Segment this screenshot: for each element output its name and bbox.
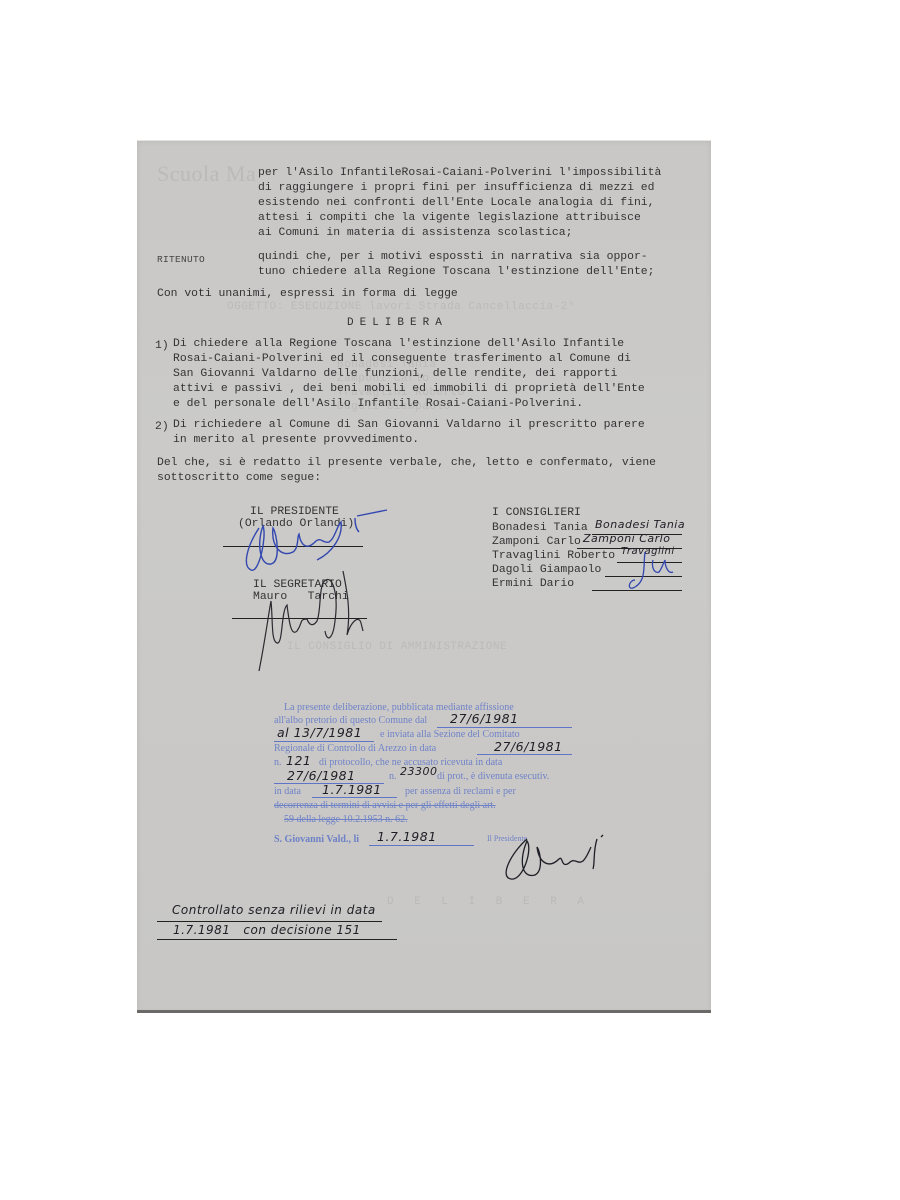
item-number: 2) [155,420,169,435]
text-line: tuno chiedere alla Regione Toscana l'est… [258,265,654,280]
ritenuto-label: RITENUTO [157,254,205,265]
text-line: San Giovanni Valdarno delle funzioni, de… [173,367,617,382]
text-line: Rosai-Caiani-Polverini ed il conseguente… [173,352,631,367]
text-line: e del personale dell'Asilo Infantile Ros… [173,397,583,412]
note-underline [157,921,382,922]
text-line: di raggiungere i propri fini per insuffi… [258,181,654,196]
stamp-line-struck: decorrenza di termini di avvisi e per gl… [274,800,496,811]
stamp-line: in data [274,786,301,797]
stamp-line-rule [369,845,474,846]
handwritten-number: 23300 [400,765,438,778]
signature-line [592,590,682,591]
bleed-through-text: OGGETTO: ESECUZIONE lavori Strada Cancel… [227,301,575,313]
councillor-name: Dagoli Giampaolo [492,563,601,578]
text-line: esistendo nei confronti dell'Ente Locale… [258,196,654,211]
councillor-signature: Zamponi Carlo [583,532,670,545]
handwritten-date: 27/6/1981 [494,739,563,754]
handwritten-date: al 13/7/1981 [277,725,362,740]
councillor-signature [625,546,685,596]
text-line: per l'Asilo InfantileRosai-Caiani-Polver… [258,166,661,181]
handwritten-number: 121 [286,753,311,768]
bleed-through-text: Scuola Ma [157,161,256,187]
councillor-name: Travaglini Roberto [492,549,615,564]
councillor-signature: Bonadesi Tania [595,518,685,531]
councillor-name: Bonadesi Tania [492,521,588,536]
text-line: ai Comuni in materia di assistenza scola… [258,226,572,241]
text-line: in merito al presente provvedimento. [173,433,419,448]
text-line: attesi i compiti che la vigente legislaz… [258,211,641,226]
stamp-place: S. Giovanni Vald., li [274,834,359,845]
stamp-line-rule [477,754,572,755]
text-line: sottoscritto come segue: [157,471,321,486]
note-line: 1.7.1981 con decisione 151 [173,923,361,937]
councillor-name: Zamponi Carlo [492,535,581,550]
stamp-line: per assenza di reclami e per [405,786,516,797]
text-line: quindi che, per i motivi espossti in nar… [258,250,648,265]
stamp-line-struck: 59 della legge 10.2.1953 n. 62. [284,814,408,825]
handwritten-date: 1.7.1981 [322,782,382,797]
stamp-line: di prot., è divenuta esecutiv. [437,771,549,782]
voti-line: Con voti unanimi, espressi in forma di l… [157,287,458,302]
stamp-line-rule [437,727,572,728]
text-line: attivi e passivi , dei beni mobili ed im… [173,382,645,397]
document-page: Scuola Ma OGGETTO: ESECUZIONE lavori Str… [137,140,711,1013]
stamp-line: n. [274,757,282,768]
text-line: Di richiedere al Comune di San Giovanni … [173,418,645,433]
item-number: 1) [155,339,169,354]
councillor-name: Ermini Dario [492,577,574,592]
text-line: Del che, si è redatto il presente verbal… [157,456,656,471]
stamp-president-signature [497,829,637,889]
text-line: Di chiedere alla Regione Toscana l'estin… [173,337,624,352]
handwritten-date: 27/6/1981 [450,711,519,726]
note-underline [157,939,397,940]
delibera-heading: DELIBERA [347,317,448,329]
bleed-through-text: D E L I B E R A [387,896,591,908]
handwritten-date: 27/6/1981 [287,768,356,783]
handwritten-date: 1.7.1981 [377,829,437,844]
note-line: Controllato senza rilievi in data [172,903,376,917]
stamp-line: n. [389,771,397,782]
stamp-line-rule [312,797,397,798]
stamp-line-rule [274,741,374,742]
secretary-signature [247,561,377,681]
councillors-title: I CONSIGLIERI [492,506,581,521]
